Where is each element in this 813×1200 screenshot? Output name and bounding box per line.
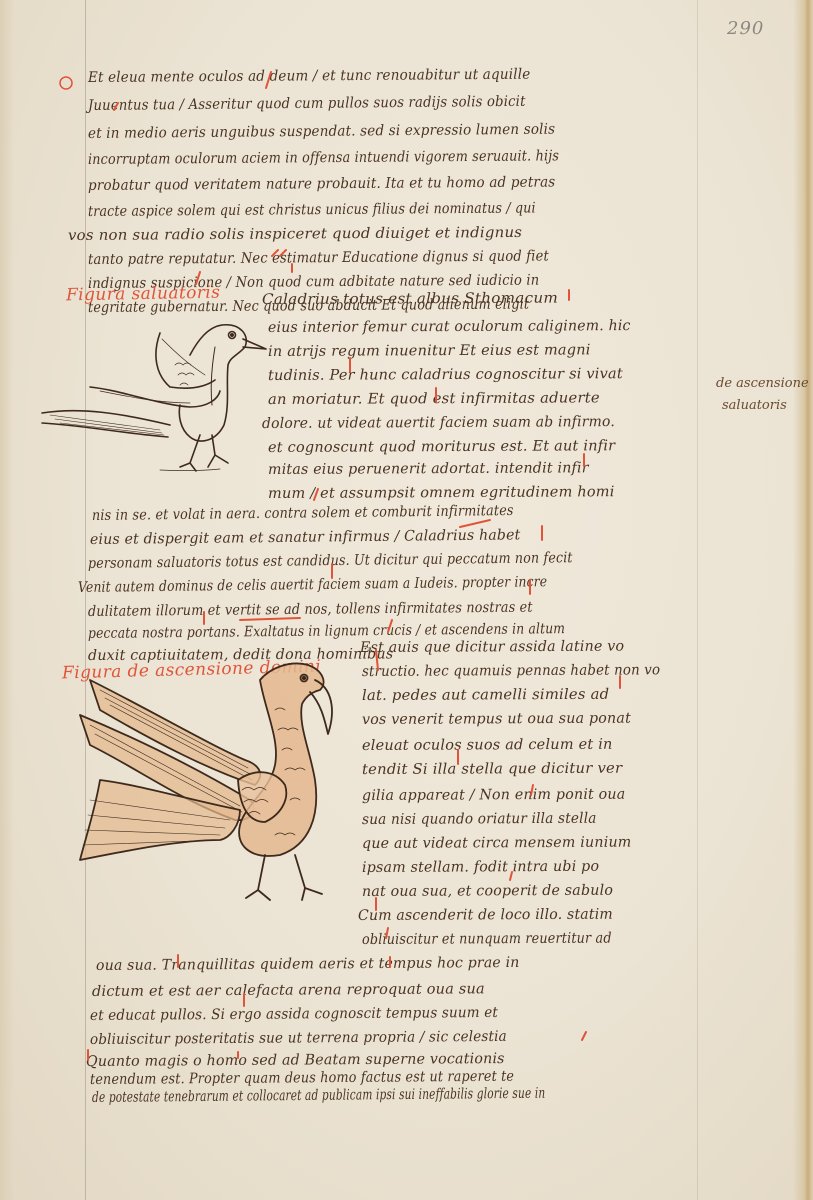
- rubrication-marks: [0, 0, 813, 1200]
- red-initial-mark: [60, 77, 72, 89]
- manuscript-page: 290 Et eleua mente oculos ad deum / et t…: [0, 0, 813, 1200]
